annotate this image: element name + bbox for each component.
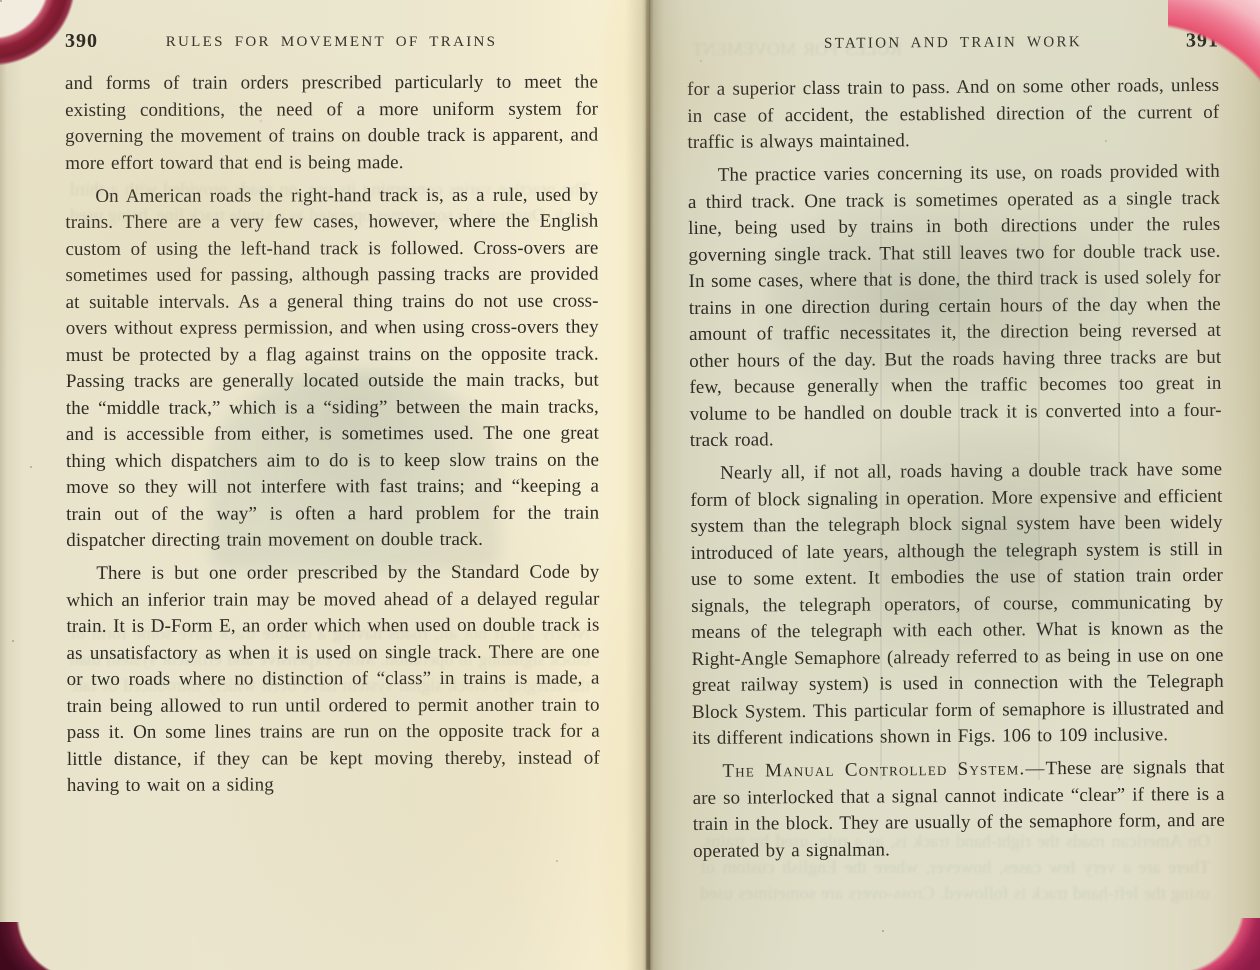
left-page-text: and forms of train orders prescribed par… [65, 70, 600, 806]
running-head: STATION AND TRAIN WORK [824, 34, 1082, 52]
book-scan: The practice varies concerning its use, … [0, 0, 1260, 970]
paragraph: There is but one order prescribed by the… [66, 560, 600, 800]
left-page-header: 390 RULES FOR MOVEMENT OF TRAINS [65, 33, 598, 51]
right-page-text: for a superior class train to pass. And … [687, 73, 1225, 872]
paragraph: for a superior class train to pass. And … [687, 73, 1220, 157]
book-gutter-crease [646, 0, 650, 970]
page-number: 390 [65, 30, 98, 53]
paragraph: The Manual Controlled System.—These are … [692, 755, 1225, 865]
right-page-header: STATION AND TRAIN WORK 391 [687, 32, 1219, 53]
paragraph: and forms of train orders prescribed par… [65, 70, 598, 177]
running-head: RULES FOR MOVEMENT OF TRAINS [166, 34, 498, 50]
paragraph: Nearly all, if not all, roads having a d… [690, 457, 1224, 753]
page-number: 391 [1186, 29, 1219, 52]
paragraph: On American roads the right-hand track i… [65, 182, 599, 554]
section-heading: The Manual Controlled System.— [722, 758, 1045, 782]
paragraph: The practice varies concerning its use, … [688, 159, 1222, 455]
